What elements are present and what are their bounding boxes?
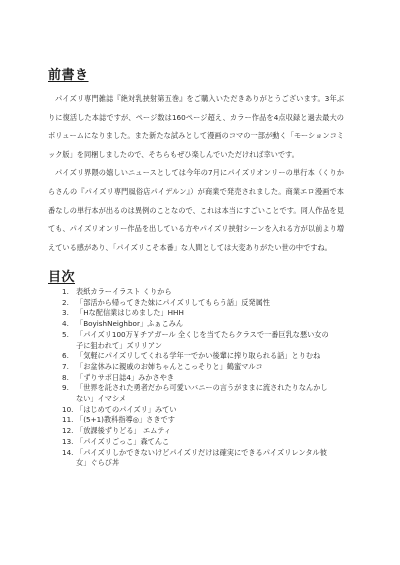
- document-page: 前書き パイズリ専門雑誌『絶対乳挟射第五巻』をご購入いただきありがとうございます…: [0, 0, 400, 565]
- toc-item-title: 表紙カラーイラスト くりから: [76, 287, 332, 298]
- toc-item: 3.「Hな配信業はじめました」HHH: [62, 308, 332, 319]
- toc-item-title: 「お盆休みに親戚のお姉ちゃんとこっそりと」鶴蜜マルコ: [76, 362, 332, 373]
- toc-item-number: 14.: [62, 448, 76, 469]
- toc-item-number: 10.: [62, 405, 76, 416]
- toc-item-number: 5.: [62, 330, 76, 351]
- toc-item-title: 「放課後ずりどる」 エムティ: [76, 426, 332, 437]
- preface-body: パイズリ専門雑誌『絶対乳挟射第五巻』をご購入いただきありがとうございます。3年ぶ…: [48, 90, 344, 257]
- toc-item-title: 「パイズリごっこ」森てんこ: [76, 437, 332, 448]
- toc-item-number: 1.: [62, 287, 76, 298]
- toc-item-number: 12.: [62, 426, 76, 437]
- toc-item: 14.「パイズリしかできないけどパイズリだけは確実にできるパイズリレンタル彼女」…: [62, 448, 332, 469]
- toc-item: 13.「パイズリごっこ」森てんこ: [62, 437, 332, 448]
- toc-item-title: 「パイズリしかできないけどパイズリだけは確実にできるパイズリレンタル彼女」ぐらび…: [76, 448, 332, 469]
- toc-item-number: 2.: [62, 298, 76, 309]
- toc-item: 1.表紙カラーイラスト くりから: [62, 287, 332, 298]
- preface-heading: 前書き: [48, 64, 89, 83]
- toc-item: 7.「お盆休みに親戚のお姉ちゃんとこっそりと」鶴蜜マルコ: [62, 362, 332, 373]
- toc-item: 10.「はじめてのパイズリ」みてい: [62, 405, 332, 416]
- toc-item-number: 9.: [62, 383, 76, 404]
- toc-item-title: 「はじめてのパイズリ」みてい: [76, 405, 332, 416]
- preface-paragraph: パイズリ界隈の嬉しいニュースとしては今年の7月にパイズリオンリーの単行本（くりか…: [48, 164, 344, 257]
- toc-item: 5.「パイズリ100万￥チアガール 全くじを当てたらクラスで一番巨乳な悪い女の子…: [62, 330, 332, 351]
- toc-item: 9.「世界を託された勇者だから可愛いバニーの言うがままに流されたりなんかしない」…: [62, 383, 332, 404]
- toc-item-number: 7.: [62, 362, 76, 373]
- toc-item-number: 8.: [62, 373, 76, 384]
- toc-item-title: 「Hな配信業はじめました」HHH: [76, 308, 332, 319]
- toc-item-title: 「気軽にパイズリしてくれる学年一でかい後輩に搾り取られる話」とりむね: [76, 351, 332, 362]
- toc-heading: 目次: [48, 266, 75, 285]
- toc-item-number: 3.: [62, 308, 76, 319]
- toc-item-number: 11.: [62, 415, 76, 426]
- toc-item: 12.「放課後ずりどる」 エムティ: [62, 426, 332, 437]
- toc-item: 6.「気軽にパイズリしてくれる学年一でかい後輩に搾り取られる話」とりむね: [62, 351, 332, 362]
- toc-item: 11.「(5+1)教科指導◎」さきです: [62, 415, 332, 426]
- toc-item: 8.「ずりサポ日誌4」みかさやき: [62, 373, 332, 384]
- toc-item-number: 4.: [62, 319, 76, 330]
- preface-paragraph: パイズリ専門雑誌『絶対乳挟射第五巻』をご購入いただきありがとうございます。3年ぶ…: [48, 90, 344, 164]
- table-of-contents: 1.表紙カラーイラスト くりから 2.「部活から帰ってきた妹にパイズリしてもらう…: [62, 287, 332, 469]
- toc-item-title: 「部活から帰ってきた妹にパイズリしてもらう話」反発属性: [76, 298, 332, 309]
- toc-item-title: 「(5+1)教科指導◎」さきです: [76, 415, 332, 426]
- toc-item: 4.「BoyishNeighbor」ふぁこみん: [62, 319, 332, 330]
- toc-item-title: 「世界を託された勇者だから可愛いバニーの言うがままに流されたりなんかしない」イマ…: [76, 383, 332, 404]
- toc-item: 2.「部活から帰ってきた妹にパイズリしてもらう話」反発属性: [62, 298, 332, 309]
- toc-item-title: 「BoyishNeighbor」ふぁこみん: [76, 319, 332, 330]
- toc-item-number: 6.: [62, 351, 76, 362]
- toc-item-number: 13.: [62, 437, 76, 448]
- toc-item-title: 「ずりサポ日誌4」みかさやき: [76, 373, 332, 384]
- toc-item-title: 「パイズリ100万￥チアガール 全くじを当てたらクラスで一番巨乳な悪い女の子に狙…: [76, 330, 332, 351]
